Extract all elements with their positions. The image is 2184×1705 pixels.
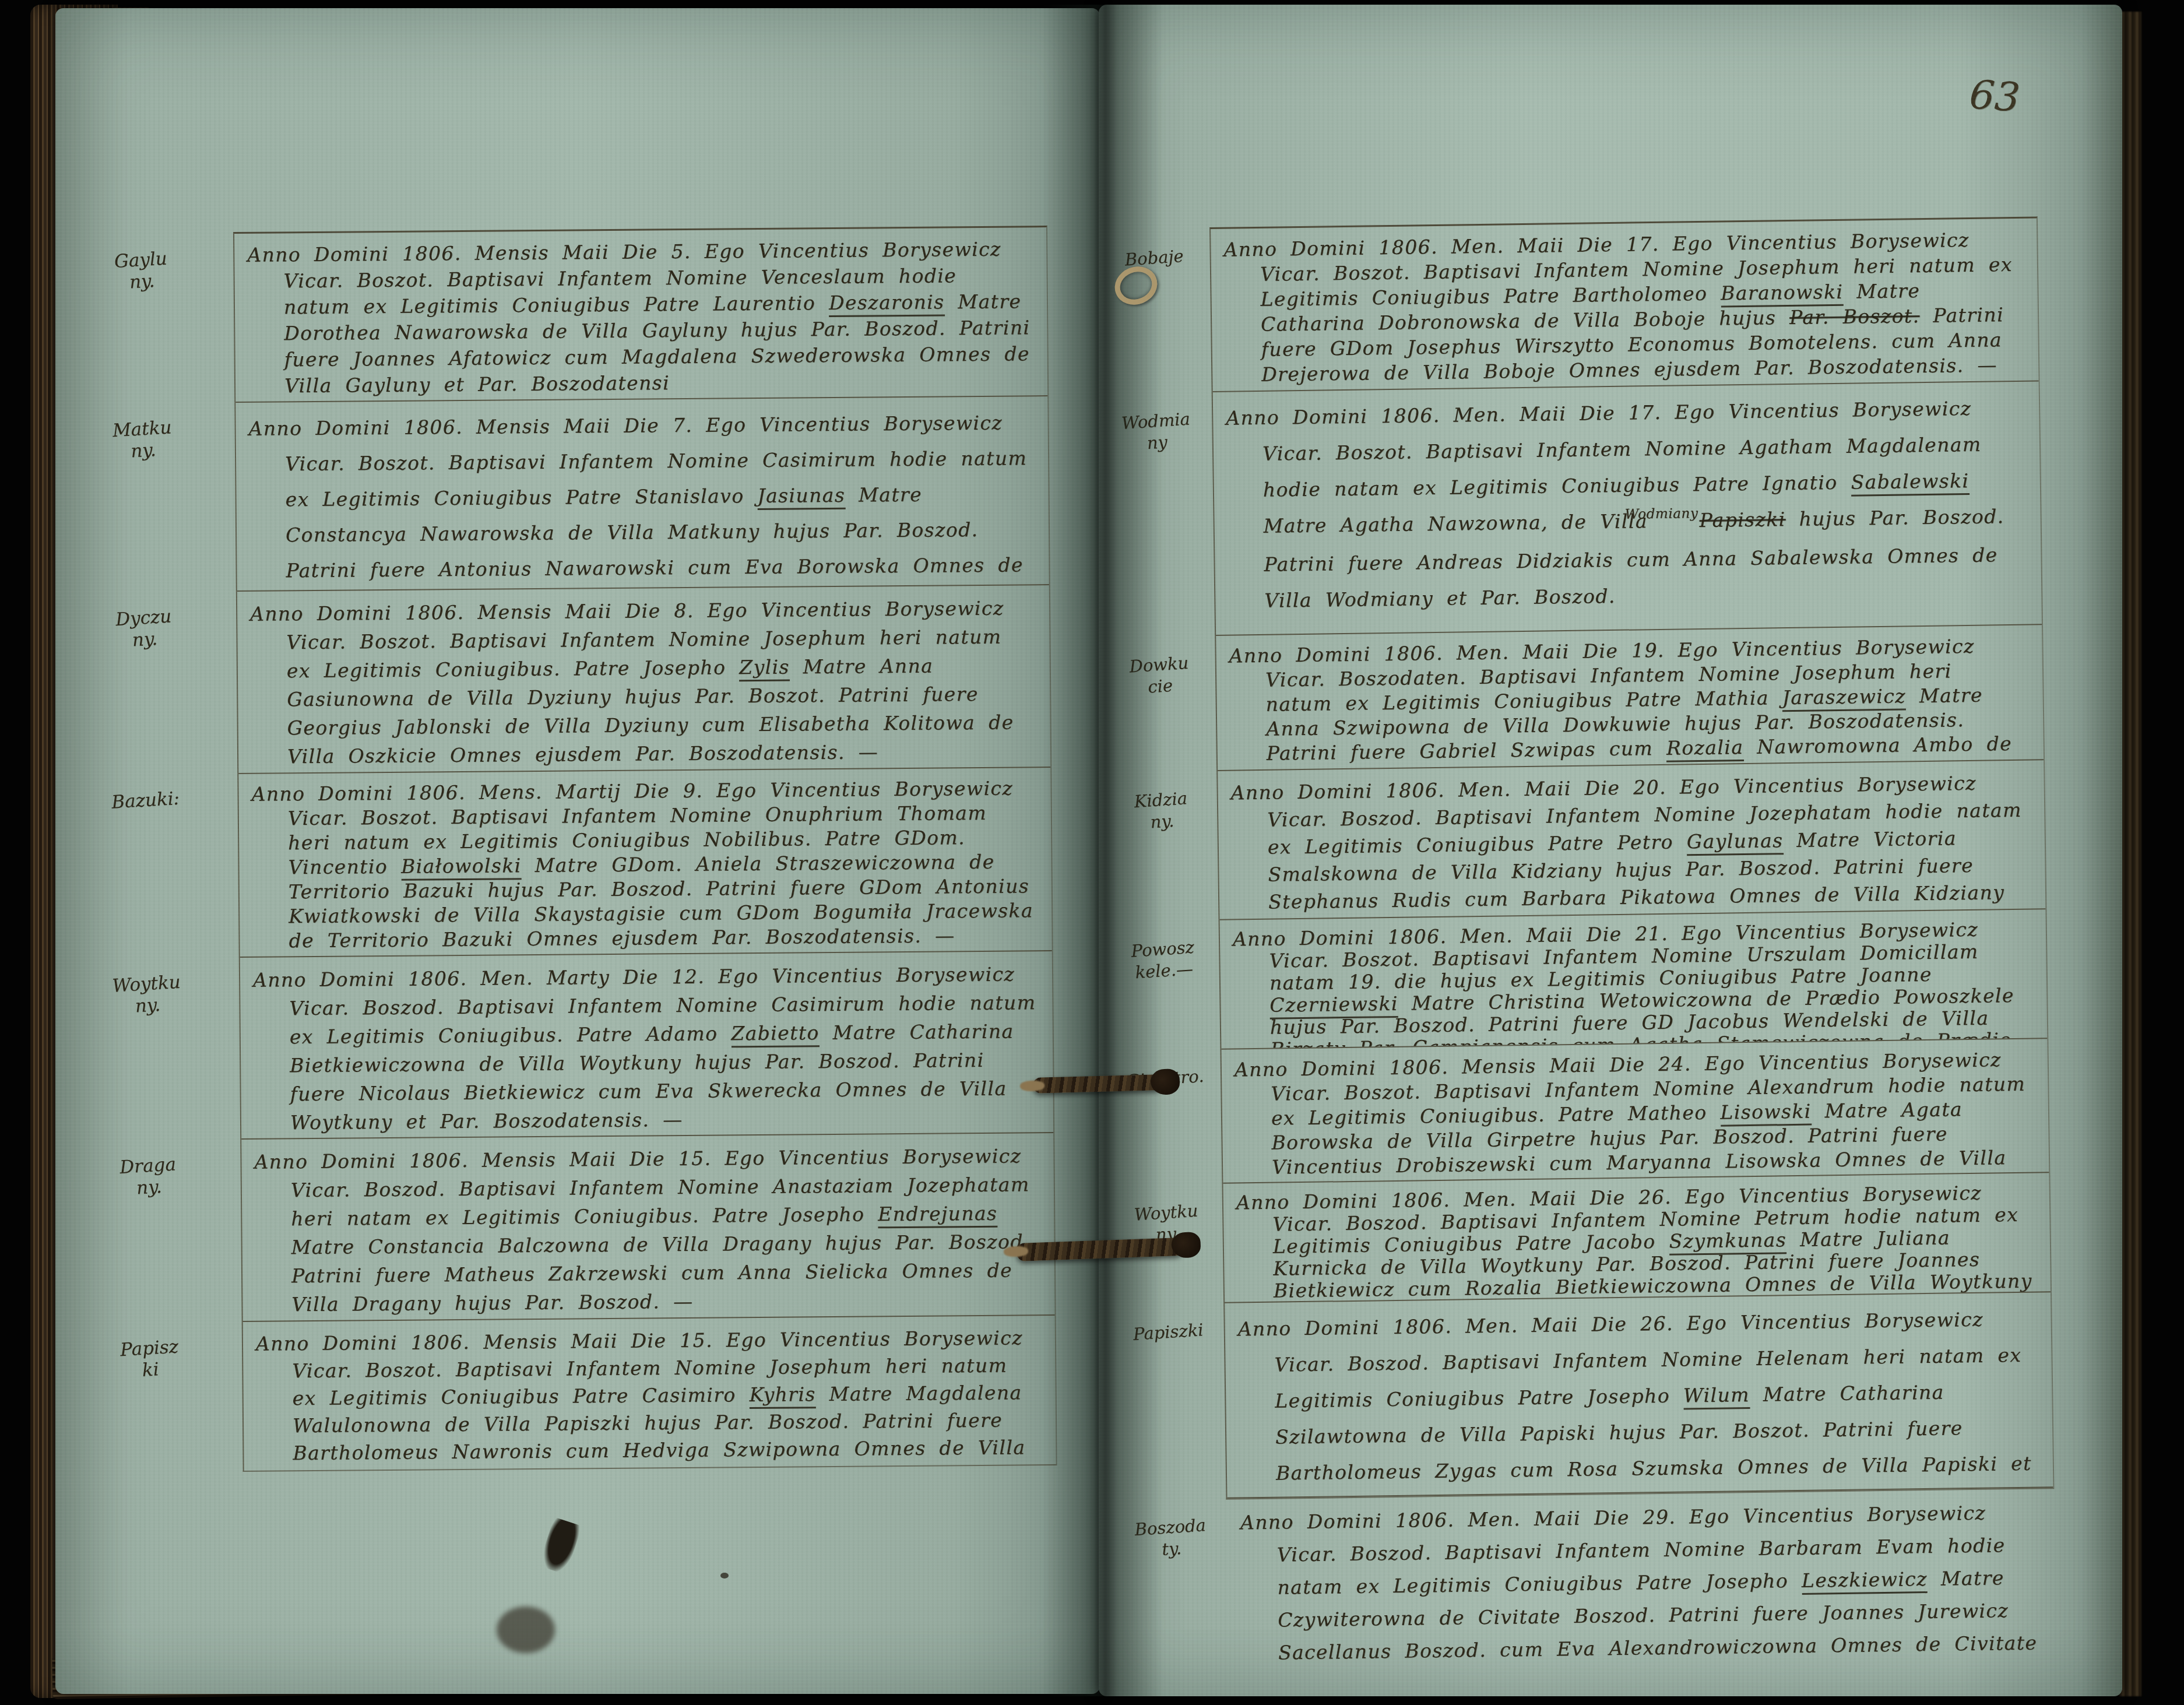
margin-place-label-line: Papiszki bbox=[1120, 1319, 1217, 1347]
right-page: 63 BobajeAnno Domini 1806. Men. Maii Die… bbox=[1099, 5, 2122, 1696]
surname-underlined: Kyhris bbox=[749, 1383, 815, 1409]
margin-place-label: Dragany. bbox=[75, 1151, 223, 1203]
margin-place-label: Bobaje bbox=[1106, 244, 1203, 272]
margin-place-label: Dowkucie bbox=[1110, 651, 1209, 701]
register-entry: Woytkuny.Anno Domini 1806. Men. Marty Di… bbox=[240, 951, 1053, 1140]
register-entry: Bazuki:Anno Domini 1806. Mens. Martij Di… bbox=[238, 768, 1051, 958]
register-entry: PapiszkiAnno Domini 1806. Men. Maii Die … bbox=[1225, 1292, 2053, 1499]
register-entry: Gayluny.Anno Domini 1806. Mensis Maii Di… bbox=[234, 227, 1047, 403]
surname-underlined: Lisowski bbox=[1720, 1100, 1812, 1127]
entry-text: Anno Domini 1806. Men. Marty Die 12. Ego… bbox=[240, 951, 1053, 1138]
register-entry: BobajeAnno Domini 1806. Men. Maii Die 17… bbox=[1211, 218, 2039, 392]
book-scan: Gayluny.Anno Domini 1806. Mensis Maii Di… bbox=[0, 0, 2184, 1705]
entry-text-run: Matre Constancia Balczowna de Villa Drag… bbox=[291, 1230, 1031, 1316]
surname-underlined: Sabalewski bbox=[1851, 469, 1969, 497]
register-entry: Boszodaty.Anno Domini 1806. Men. Maii Di… bbox=[1228, 1488, 2056, 1674]
margin-place-label: Papiszki bbox=[1120, 1319, 1217, 1347]
entry-text: Anno Domini 1806. Men. Maii Die 20. Ego … bbox=[1218, 760, 2045, 919]
surname-underlined: Białowolski bbox=[401, 854, 522, 881]
register-entry: PapiszkiAnno Domini 1806. Mensis Maii Di… bbox=[243, 1316, 1056, 1471]
ink-stain bbox=[720, 1573, 729, 1579]
entry-text-run: Anno Domini 1806. Men. Maii Die 21. Ego … bbox=[1233, 918, 1979, 994]
entry-text: Anno Domini 1806. Men. Maii Die 17. Ego … bbox=[1211, 218, 2039, 391]
margin-place-label: Papiszki bbox=[76, 1334, 224, 1386]
margin-place-label: Dyczuny. bbox=[70, 603, 218, 655]
margin-place-label: Kidziany. bbox=[1112, 786, 1211, 836]
entry-text: Anno Domini 1806. Mensis Maii Die 7. Ego… bbox=[235, 396, 1049, 590]
entry-text: Anno Domini 1806. Mensis Maii Die 15. Eg… bbox=[241, 1133, 1054, 1321]
margin-place-label: Matkuny. bbox=[69, 414, 217, 466]
entry-text: Anno Domini 1806. Men. Maii Die 26. Ego … bbox=[1223, 1173, 2051, 1302]
surname-underlined: Jasiunas bbox=[757, 484, 845, 510]
surname-underlined: Rozalia bbox=[1666, 736, 1744, 762]
register-entry: Kidziany.Anno Domini 1806. Men. Maii Die… bbox=[1218, 760, 2045, 920]
crossed-out-text: Papiszki bbox=[1699, 508, 1786, 532]
margin-place-label: Bazuki: bbox=[72, 786, 219, 816]
surname-underlined: Gaylunas bbox=[1687, 829, 1784, 856]
entry-text: Anno Domini 1806. Men. Maii Die 29. Ego … bbox=[1228, 1488, 2056, 1674]
entry-text: Anno Domini 1806. Men. Maii Die 21. Ego … bbox=[1220, 909, 2048, 1049]
page-edges-right bbox=[2119, 12, 2141, 1696]
margin-place-label: Gayluny. bbox=[68, 245, 216, 297]
margin-place-label: Boszodaty. bbox=[1121, 1514, 1220, 1563]
entry-text: Anno Domini 1806. Mensis Maii Die 15. Eg… bbox=[243, 1316, 1056, 1471]
margin-place-label: Woytkuny. bbox=[73, 969, 221, 1021]
surname-underlined: Jaraszewicz bbox=[1782, 684, 1906, 712]
register-entry: Dyczuny.Anno Domini 1806. Mensis Maii Di… bbox=[237, 585, 1050, 774]
left-page: Gayluny.Anno Domini 1806. Mensis Maii Di… bbox=[55, 8, 1100, 1694]
entry-text: Anno Domini 1806. Mens. Martij Die 9. Eg… bbox=[238, 768, 1051, 957]
entry-text: Anno Domini 1806. Men. Maii Die 17. Ego … bbox=[1213, 381, 2042, 635]
margin-place-label-line: Bazuki: bbox=[72, 786, 219, 816]
register-entry: Girpetro.Anno Domini 1806. Mensis Maii D… bbox=[1221, 1039, 2049, 1184]
surname-underlined: Zylis bbox=[739, 656, 790, 682]
register-entry: Powoszkele.—Anno Domini 1806. Men. Maii … bbox=[1220, 909, 2048, 1050]
register-entry: Dragany.Anno Domini 1806. Mensis Maii Di… bbox=[241, 1133, 1054, 1322]
surname-underlined: Zabietto bbox=[731, 1021, 820, 1047]
crossed-out-text: Par. Boszot. bbox=[1789, 304, 1920, 329]
entry-text: Anno Domini 1806. Mensis Maii Die 5. Ego… bbox=[234, 227, 1047, 402]
register-entry: Woytkuny.Anno Domini 1806. Men. Maii Die… bbox=[1223, 1173, 2051, 1303]
entry-text-run: Matre Agatha Nawzowna, de Villa bbox=[1263, 509, 1661, 537]
page-number: 63 bbox=[1968, 72, 2021, 121]
entry-text: Anno Domini 1806. Men. Maii Die 19. Ego … bbox=[1216, 625, 2044, 770]
surname-underlined: Wilum bbox=[1683, 1383, 1750, 1409]
entry-text: Anno Domini 1806. Mensis Maii Die 8. Ego… bbox=[237, 585, 1050, 773]
entry-text: Anno Domini 1806. Mensis Maii Die 24. Eg… bbox=[1221, 1039, 2049, 1183]
register-entry: DowkucieAnno Domini 1806. Men. Maii Die … bbox=[1216, 625, 2044, 771]
surname-underlined: Baranowski bbox=[1721, 280, 1844, 308]
margin-place-label: Powoszkele.— bbox=[1114, 936, 1212, 985]
register-entry: Matkuny.Anno Domini 1806. Mensis Maii Di… bbox=[235, 396, 1049, 592]
register-entry: WodmianyAnno Domini 1806. Men. Maii Die … bbox=[1213, 381, 2042, 636]
surname-underlined: Deszaronis bbox=[829, 290, 945, 317]
ink-stain bbox=[497, 1606, 555, 1653]
left-register: Gayluny.Anno Domini 1806. Mensis Maii Di… bbox=[233, 226, 1057, 1472]
correction-above-line: Wodmiany bbox=[1661, 495, 1698, 532]
margin-place-label: Wodmiany bbox=[1107, 407, 1205, 457]
right-register: BobajeAnno Domini 1806. Men. Maii Die 17… bbox=[1209, 216, 2054, 1499]
entry-text: Anno Domini 1806. Men. Maii Die 26. Ego … bbox=[1225, 1292, 2053, 1497]
surname-underlined: Leszkiewicz bbox=[1802, 1567, 1928, 1595]
surname-underlined: Endrejunas bbox=[878, 1202, 997, 1229]
margin-place-label-line: Bobaje bbox=[1106, 244, 1203, 272]
